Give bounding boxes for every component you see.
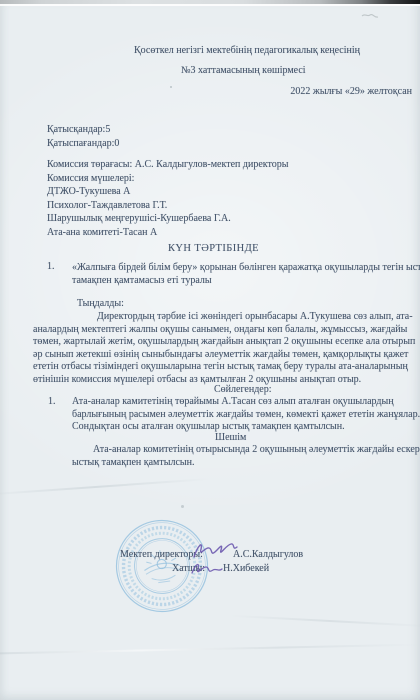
document-title-line2: №3 хаттамасының көшірмесі [181, 65, 306, 78]
commission-chairman: Комиссия төрағасы: А.С. Калдыгулов-мекте… [47, 158, 288, 172]
commission-member: ДТЖО-Тукушева А [47, 185, 288, 199]
speakers-line: барлығының расымен әлеуметтік жағдайы тө… [72, 409, 420, 422]
document-title-line1: Қосөткел негізгі мектебінің педагогикалы… [134, 45, 360, 58]
agenda-item-number: 1. [47, 261, 55, 274]
attendance-absent: Қатыспағандар:0 [47, 137, 119, 151]
agenda-item-line: тамақпен қамтамасыз еті туралы [72, 274, 420, 287]
document-date: 2022 жылғы «29» желтоқсан [290, 86, 412, 99]
agenda-item: «Жалпыға бірдей білім беру» қорынан бөлі… [72, 261, 420, 287]
heard-line: ететін отбасы тізіміндегі оқушыларына те… [33, 361, 415, 374]
attendance-present: Қатысқандар:5 [47, 123, 119, 137]
paper-crease [0, 478, 210, 496]
commission-members-label: Комиссия мүшелері: [47, 172, 288, 186]
paper-speck [170, 86, 172, 88]
paper-crease [0, 644, 420, 655]
heard-line: төмен, жартылай жетім, оқушылардың жағда… [33, 336, 415, 349]
speakers-line: Ата-аналар камитетінің төрайымы А.Тасан … [72, 396, 420, 409]
commission-member: Психолог-Таждавлетова Г.Т. [47, 199, 288, 213]
decision-paragraph: Ата-аналар комитетінің отырысында 2 оқуш… [72, 444, 420, 469]
commission-member: Шарушылық меңгерушісі-Кушербаева Г.А. [47, 212, 288, 226]
secretary-signature-ink [189, 559, 231, 581]
heard-paragraph: Директордың тәрбие ісі жөніндегі орынбас… [33, 311, 415, 386]
decision-line: ыстық тамақпен қамтылсын. [72, 457, 420, 470]
decision-line: Ата-аналар комитетінің отырысында 2 оқуш… [72, 444, 420, 457]
agenda-title: КҮН ТӘРТІБІНДЕ [168, 243, 259, 256]
paper-crease [230, 615, 420, 627]
heard-label: Тыңдалды: [77, 298, 124, 311]
pencil-mark [360, 10, 386, 24]
speakers-item: Ата-аналар камитетінің төрайымы А.Тасан … [72, 396, 420, 434]
scan-top-edge-highlight [0, 4, 420, 6]
heard-line: әр сынып жетекші өзінің сыныбындағы әлеу… [33, 349, 415, 362]
heard-line: Директордың тәрбие ісі жөніндегі орынбас… [33, 311, 415, 324]
speakers-item-number: 1. [48, 396, 56, 409]
commission-member: Ата-ана комитеті-Тасан А [47, 226, 288, 240]
decision-title: Шешім [215, 432, 246, 445]
attendance-block: Қатысқандар:5 Қатыспағандар:0 [47, 123, 119, 150]
paper-speck [181, 505, 184, 508]
speakers-title: Сөйлегендер: [214, 384, 272, 397]
heard-line: аналардың мектептегі жалпы оқушы санымен… [33, 324, 415, 337]
commission-block: Комиссия төрағасы: А.С. Калдыгулов-мекте… [47, 158, 288, 239]
agenda-item-line: «Жалпыға бірдей білім беру» қорынан бөлі… [72, 261, 420, 274]
scanned-protocol-document: Қосөткел негізгі мектебінің педагогикалы… [0, 0, 420, 700]
